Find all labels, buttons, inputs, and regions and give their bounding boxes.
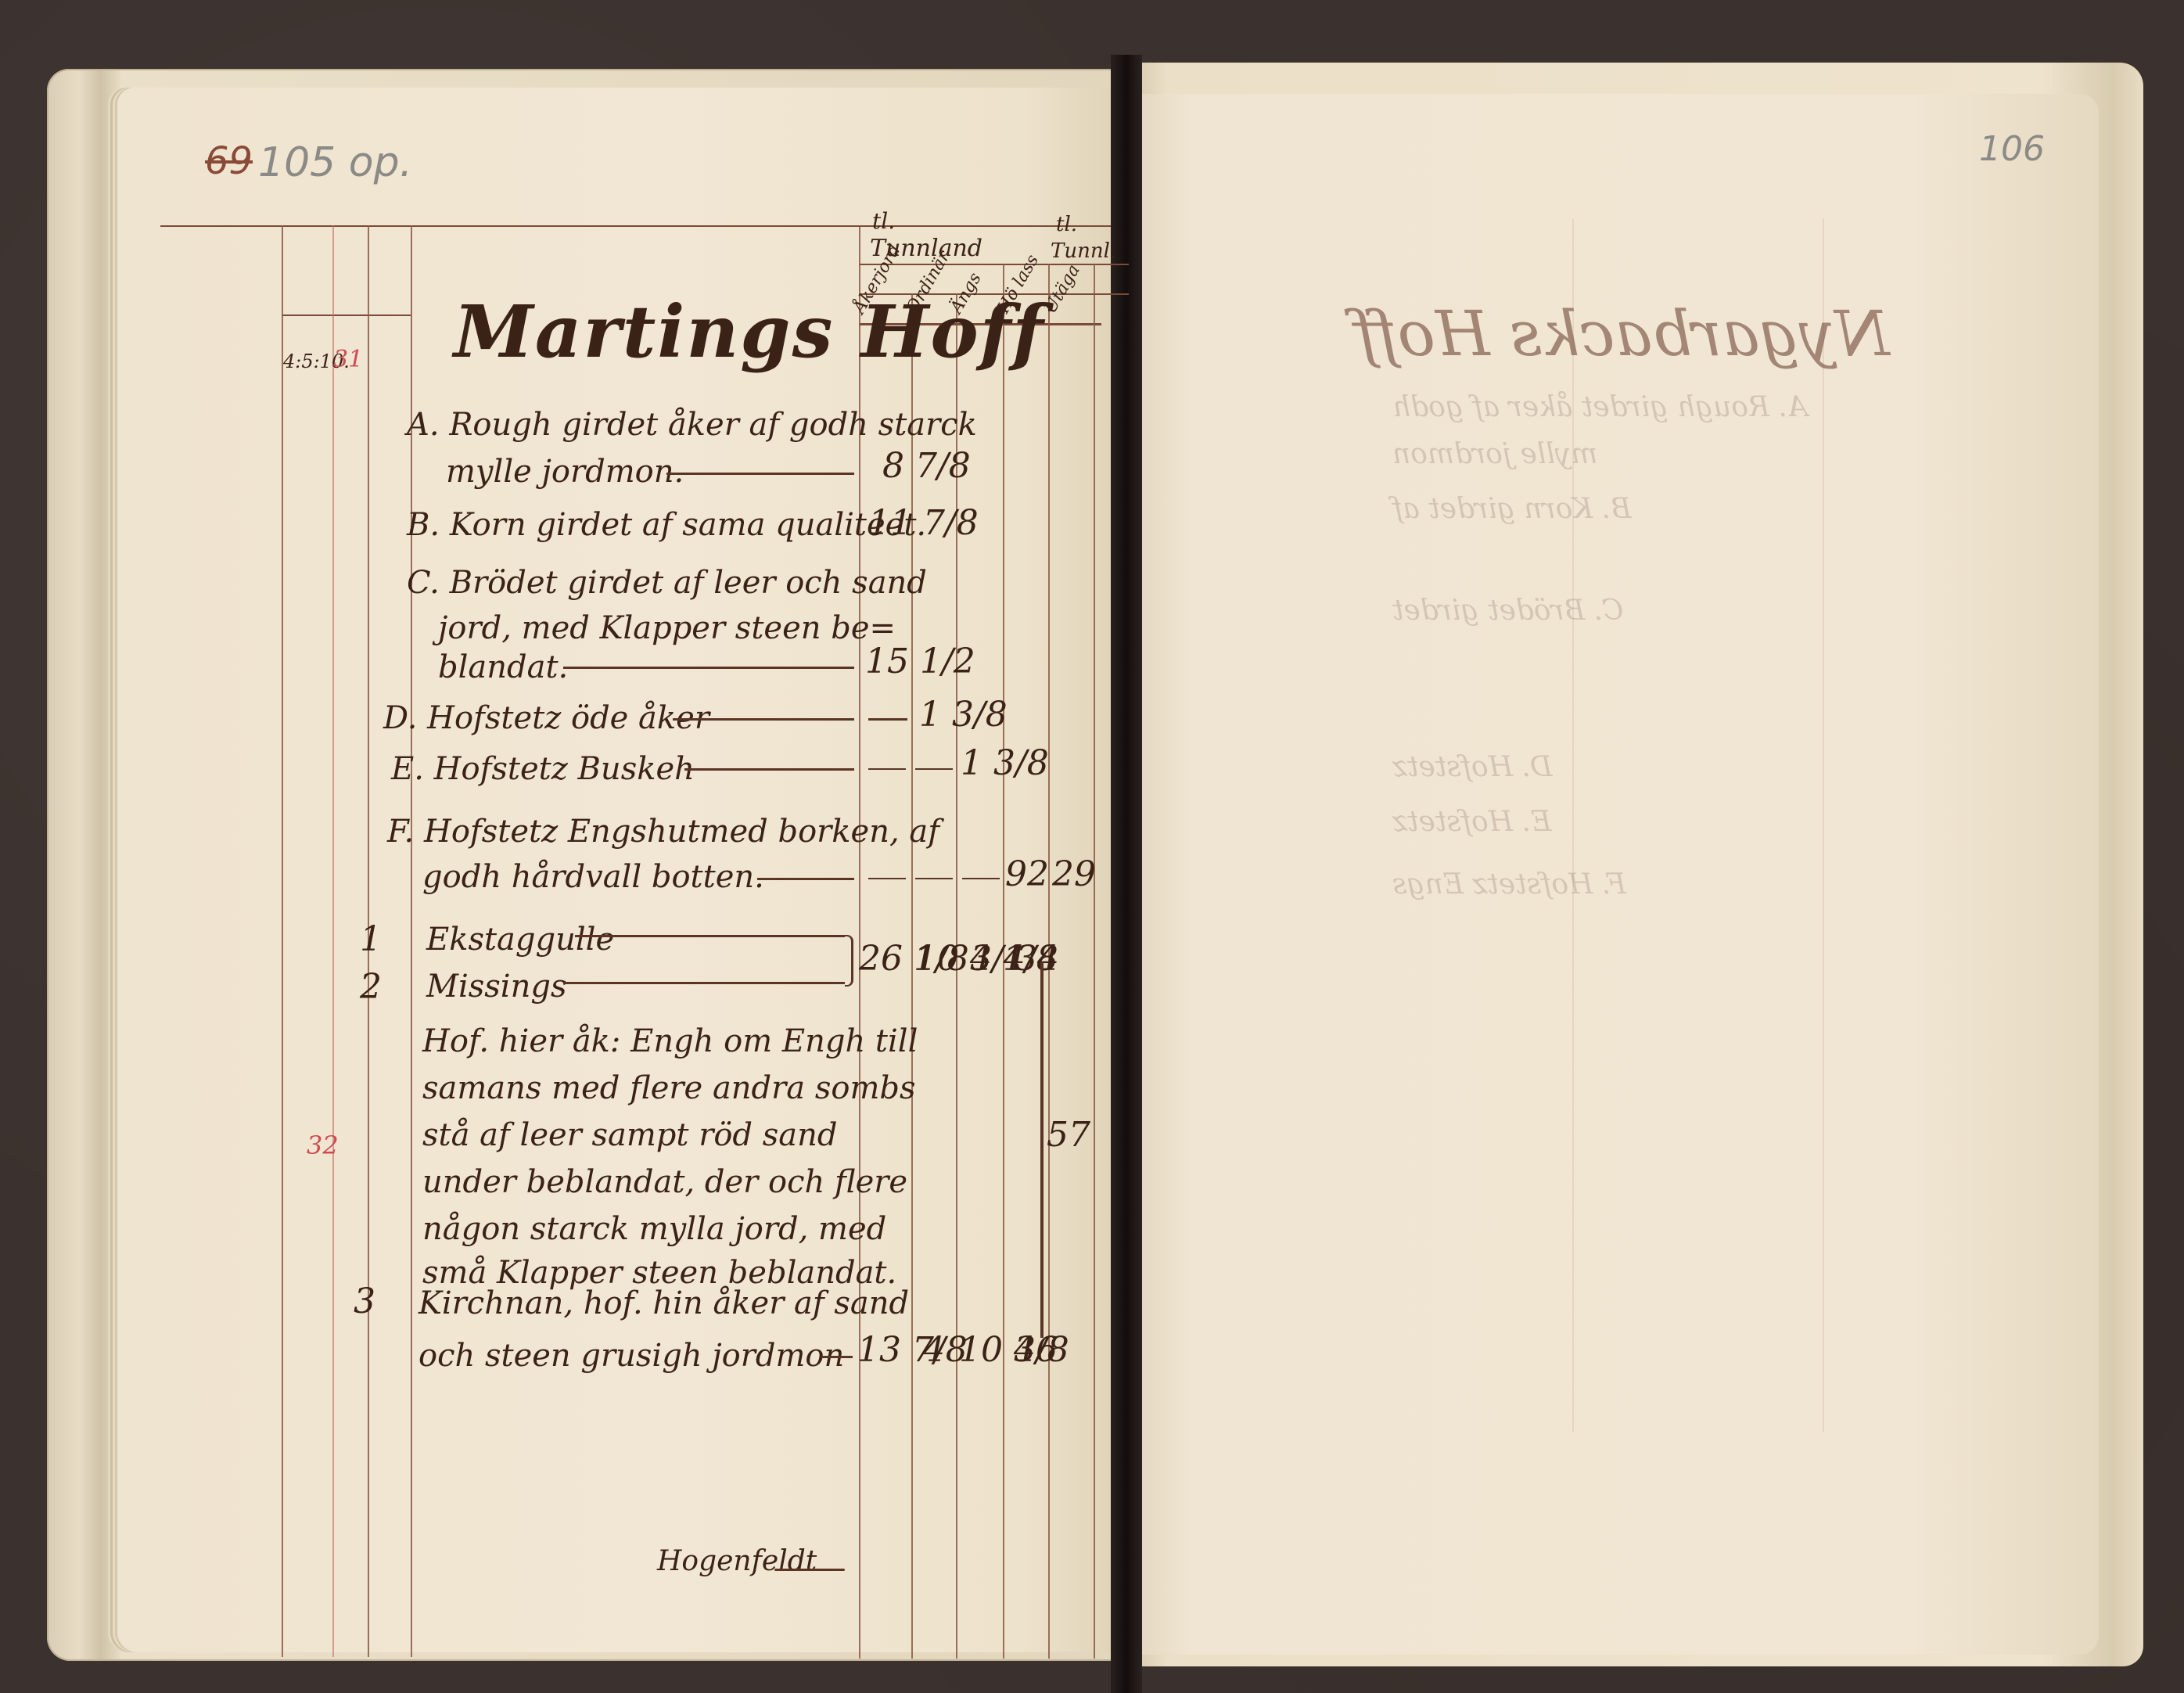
leader-line [962, 878, 1000, 879]
entry-3-value-4: 46 [1014, 1330, 1058, 1370]
leader-line [915, 768, 953, 770]
entry-d-line-1: D. Hofstetz öde åker [383, 700, 709, 736]
bleed-through-title: Nygarbacks Hoff [1353, 297, 1890, 370]
entry-c-value: 15 1/2 [865, 642, 975, 681]
entry-b-line-1: B. Korn girdet af sama qualiteet. [407, 507, 926, 543]
entry-f-value-4: 92 [1005, 854, 1049, 894]
bleed-through-line: E. Hofstetz [1392, 806, 1551, 838]
desc-line-3: stå af leer sampt röd sand [422, 1117, 837, 1153]
top-rule [160, 225, 1111, 227]
entry-e-value: 1 3/8 [961, 743, 1049, 783]
entry-1-text: Ekstaggulle [426, 922, 614, 958]
crossed-folio-number: 69 [205, 139, 253, 183]
entry-3-line-2: och steen grusigh jordmon [418, 1338, 844, 1374]
desc-line-4: under beblandat, der och flere [422, 1164, 907, 1200]
bleed-through-line: D. Hofstetz [1392, 751, 1553, 783]
entry-3-value-1: 13 7/8 [857, 1330, 968, 1370]
bleed-through-line: mylle jordmon [1392, 438, 1597, 470]
leader-line [821, 1356, 853, 1358]
entry-e-line-1: E. Hofstetz Buskeh [391, 751, 695, 787]
leader-line [563, 667, 854, 669]
column-line [1094, 264, 1095, 1659]
bracket-total-57: 57 [1047, 1115, 1090, 1155]
desc-line-5: någon starck mylla jord, med [422, 1211, 886, 1247]
header-unit-left: tl. [872, 208, 895, 234]
entry-3-value-2: 4 [923, 1330, 945, 1370]
desc-line-2: samans med flere andra sombs [422, 1070, 916, 1106]
margin-reference-red: 31 [333, 346, 363, 373]
column-line [332, 225, 334, 1657]
header-group-rule-top [859, 264, 1129, 265]
page-title: Martings Hoff [454, 289, 1045, 374]
margin-rule [282, 315, 411, 316]
leader-line [684, 768, 854, 771]
bleed-through-line: B. Korn girdet af [1392, 493, 1632, 525]
entry-f-line-1: F. Hofstetz Engshutmed borken, af [387, 814, 939, 850]
signature: Hogenfeldt [657, 1545, 817, 1577]
signature-flourish [774, 1569, 845, 1571]
leader-line [563, 982, 845, 984]
desc-line-1: Hof. hier åk: Engh om Engh till [422, 1023, 918, 1059]
entry-f-line-2: godh hårdvall botten. [422, 859, 764, 895]
entry-d-value: 1 3/8 [919, 695, 1008, 735]
leader-line [757, 878, 854, 880]
entry-1-number: 1 [360, 919, 382, 959]
total-1-2-col-4: 34 [1015, 939, 1059, 979]
bleed-through-line: C. Brödet girdet [1392, 595, 1623, 627]
leader-line [673, 718, 854, 721]
entry-b-value: 11 7/8 [868, 503, 979, 543]
margin-reference-red-2: 32 [307, 1130, 339, 1160]
entry-a-line-1: A. Rough girdet åker af godh starck [407, 407, 977, 443]
entry-c-line-1: C. Brödet girdet af leer och sand [407, 565, 927, 601]
bleed-through-line: F. Hofstetz Engs [1392, 868, 1626, 900]
pencil-folio-number: 105 op. [258, 139, 412, 186]
entry-c-line-3: blandat. [438, 649, 568, 685]
leader-line [915, 878, 953, 879]
entry-c-line-2: jord, med Klapper steen be= [438, 610, 896, 646]
leader-line [868, 718, 907, 721]
entry-a-line-2: mylle jordmon. [446, 454, 684, 490]
book-spine [1111, 55, 1142, 1693]
entry-f-value-5: 29 [1052, 854, 1096, 894]
entry-a-value: 8 7/8 [882, 446, 971, 486]
header-tunnland-right: Tunnl. [1051, 239, 1116, 263]
entry-2-number: 2 [360, 967, 382, 1007]
column-line [282, 225, 283, 1657]
leader-line [666, 473, 854, 475]
entry-2-text: Missings [426, 969, 567, 1005]
bleed-column-line [1823, 219, 1824, 1432]
header-unit-right: tl. [1056, 213, 1077, 236]
bleed-column-line [1572, 219, 1574, 1432]
bracket [845, 935, 853, 987]
pencil-folio-number-right: 106 [1979, 129, 2045, 169]
entry-3-number: 3 [354, 1281, 375, 1321]
leader-line [868, 768, 906, 770]
leader-line [575, 935, 845, 937]
entry-3-line-1: Kirchnan, hof. hin åker af sand [418, 1285, 909, 1321]
leader-line [868, 878, 906, 879]
bleed-through-line: A. Rough girdet åker af godh [1392, 391, 1808, 423]
total-bracket [1040, 962, 1045, 1338]
